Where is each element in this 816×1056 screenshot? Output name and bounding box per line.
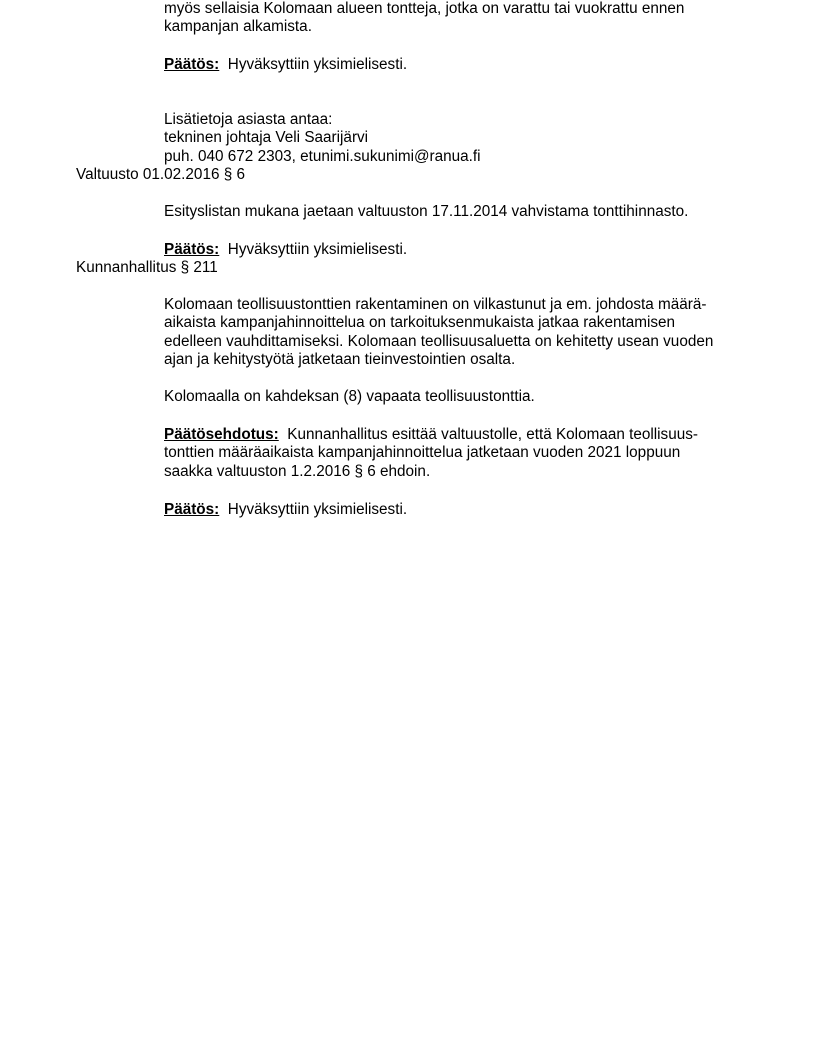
decision-label: Päätös: <box>164 56 219 73</box>
paragraph-line: ajan ja kehitystyötä jatketaan tieinvest… <box>164 351 515 369</box>
paragraph-line: aikaista kampanjahinnoittelua on tarkoit… <box>164 314 675 332</box>
contact-line: tekninen johtaja Veli Saarijärvi <box>164 129 368 147</box>
decision-text: Hyväksyttiin yksimielisesti. <box>228 501 407 518</box>
decision-label: Päätös: <box>164 501 219 518</box>
decision-text: Hyväksyttiin yksimielisesti. <box>228 56 407 73</box>
decision-line: Päätös: Hyväksyttiin yksimielisesti. <box>164 241 407 259</box>
paragraph-line: myös sellaisia Kolomaan alueen tontteja,… <box>164 0 684 18</box>
proposal-line: saakka valtuuston 1.2.2016 § 6 ehdoin. <box>164 463 430 481</box>
proposal-label: Päätösehdotus: <box>164 426 279 443</box>
decision-line: Päätös: Hyväksyttiin yksimielisesti. <box>164 56 407 74</box>
proposal-text: Kunnanhallitus esittää valtuustolle, ett… <box>287 426 698 443</box>
section-header: Valtuusto 01.02.2016 § 6 <box>76 166 245 184</box>
contact-line: Lisätietoja asiasta antaa: <box>164 111 332 129</box>
contact-line: puh. 040 672 2303, etunimi.sukunimi@ranu… <box>164 148 481 166</box>
paragraph-line: Kolomaan teollisuustonttien rakentaminen… <box>164 296 707 314</box>
paragraph-line: Kolomaalla on kahdeksan (8) vapaata teol… <box>164 388 535 406</box>
proposal-line: Päätösehdotus: Kunnanhallitus esittää va… <box>164 426 698 444</box>
decision-label: Päätös: <box>164 241 219 258</box>
paragraph-line: kampanjan alkamista. <box>164 18 312 36</box>
paragraph-line: Esityslistan mukana jaetaan valtuuston 1… <box>164 203 688 221</box>
decision-line: Päätös: Hyväksyttiin yksimielisesti. <box>164 501 407 519</box>
paragraph-line: edelleen vauhdittamiseksi. Kolomaan teol… <box>164 333 713 351</box>
decision-text: Hyväksyttiin yksimielisesti. <box>228 241 407 258</box>
proposal-line: tonttien määräaikaista kampanjahinnoitte… <box>164 444 680 462</box>
section-header: Kunnanhallitus § 211 <box>76 259 218 277</box>
